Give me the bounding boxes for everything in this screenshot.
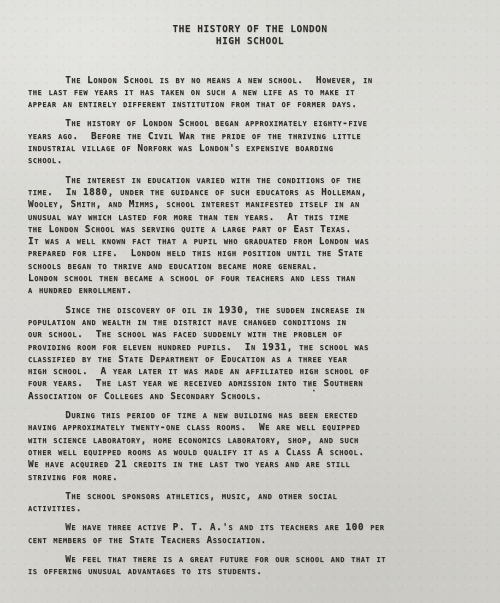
paragraph: Since the discovery of oil in 1930, the … (28, 305, 490, 403)
text-line: having approximately twenty-one class ro… (28, 422, 490, 434)
text-line: other well equipped rooms as would quali… (28, 447, 490, 459)
text-line: our school. The school was faced suddenl… (28, 329, 490, 341)
document-title: THE HISTORY OF THE LONDON HIGH SCHOOL (0, 24, 500, 49)
text-line: with science laboratory, home economics … (28, 435, 490, 447)
paragraph: We have three active P. T. A.'s and its … (28, 522, 490, 547)
scanned-document-page: THE HISTORY OF THE LONDON HIGH SCHOOL Th… (0, 0, 500, 603)
text-line: We have three active P. T. A.'s and its … (28, 522, 490, 534)
text-line: time. In 1880, under the guidance of suc… (28, 187, 490, 199)
text-line: We have acquired 21 credits in the last … (28, 459, 490, 471)
text-line: The school sponsors athletics, music, an… (28, 491, 490, 503)
text-line: The interest in education varied with th… (28, 175, 490, 187)
paragraph: The London School is by no means a new s… (28, 75, 490, 112)
paragraph: The school sponsors athletics, music, an… (28, 491, 490, 516)
text-line: We feel that there is a great future for… (28, 554, 490, 566)
text-line: high school. A year later it was made an… (28, 366, 490, 378)
text-line: cent members of the State Teachers Assoc… (28, 535, 490, 547)
text-line: is offering unusual advantages to its st… (28, 566, 490, 578)
title-line-2: HIGH SCHOOL (0, 36, 500, 48)
paragraph: The interest in education varied with th… (28, 175, 490, 298)
text-line: providing room for eleven hundred pupils… (28, 342, 490, 354)
paragraph: The history of London School began appro… (28, 118, 490, 167)
text-line: the London School was serving quite a la… (28, 224, 490, 236)
text-line: Association of Colleges and Secondary Sc… (28, 391, 490, 403)
text-line: During this period of time a new buildin… (28, 410, 490, 422)
stray-ink-mark: '. (305, 383, 317, 394)
text-line: industrial village of Norfork was London… (28, 143, 490, 155)
text-line: It was a well known fact that a pupil wh… (28, 236, 490, 248)
text-line: four years. The last year we received ad… (28, 378, 490, 390)
text-line: schools began to thrive and education be… (28, 261, 490, 273)
text-line: Wooley, Smith, and Mimms, school interes… (28, 199, 490, 211)
paragraph: We feel that there is a great future for… (28, 554, 490, 579)
text-line: the last few years it has taken on such … (28, 87, 490, 99)
text-line: appear an entirely different institution… (28, 99, 490, 111)
text-line: The history of London School began appro… (28, 118, 490, 130)
text-line: London school then became a school of fo… (28, 273, 490, 285)
text-line: years ago. Before the Civil War the prid… (28, 131, 490, 143)
text-line: prepared for life. London held this high… (28, 248, 490, 260)
paragraph: During this period of time a new buildin… (28, 410, 490, 484)
text-line: a hundred enrollment. (28, 285, 490, 297)
text-line: activities. (28, 503, 490, 515)
text-line: Since the discovery of oil in 1930, the … (28, 305, 490, 317)
text-line: school. (28, 155, 490, 167)
text-line: striving for more. (28, 472, 490, 484)
text-line: The London School is by no means a new s… (28, 75, 490, 87)
document-body: The London School is by no means a new s… (0, 75, 500, 579)
text-line: population and wealth in the district ha… (28, 317, 490, 329)
title-line-1: THE HISTORY OF THE LONDON (0, 24, 500, 36)
text-line: classified by the State Department of Ed… (28, 354, 490, 366)
text-line: unusual way which lasted for more than t… (28, 212, 490, 224)
